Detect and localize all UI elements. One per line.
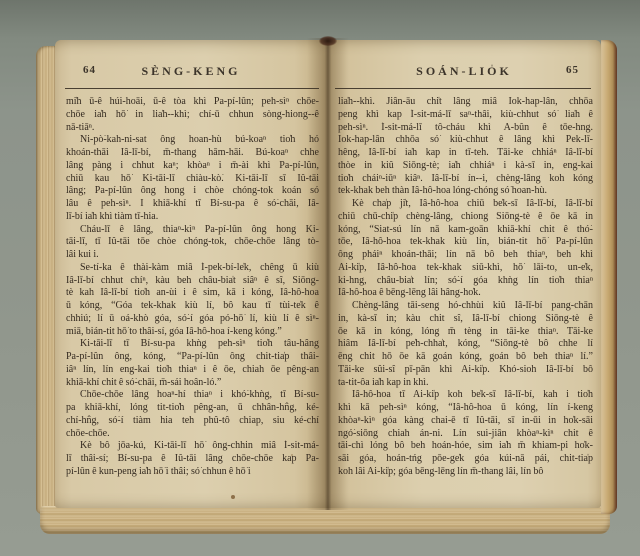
text-line: mi̍h ū-ê húi-hoāi, ū-ê tòa khì Pa-pí-lûn… xyxy=(66,96,319,109)
text-line: kóng, “Siat-sú lín nā kam-goān khiā-khí … xyxy=(338,224,593,237)
text-line: Iok-hap-lân chhōa só͘ kiù-chhut ê lâng k… xyxy=(338,134,593,147)
page-speck xyxy=(291,454,293,456)
text-line: ēng chit hō ōe kā goán kóng, goán bô beh… xyxy=(338,351,593,364)
text-line: hiâm Iâ-lī-bí pe̍h-chha̍t, kóng, “Siōng-… xyxy=(338,338,593,351)
text-line: Ki-tāi-lī tī Bí-su-pa khǹg peh-sìⁿ tio̍h… xyxy=(66,338,319,351)
paragraph: Cháu-lī ê lâng, thiaⁿ-kìⁿ Pa-pí-lûn ông … xyxy=(66,224,319,262)
text-line: khì kā peh-sìⁿ kóng, “Iâ-hô-hoa ū kóng, … xyxy=(338,402,593,415)
text-line: Se-tí-ka ê thài-kàm miâ Í-pek-bí-le̍k, c… xyxy=(66,262,319,275)
text-line: miā, bián-tit hō͘ to thâi-sí, góa Iâ-hô-… xyxy=(66,326,319,339)
right-header-rule xyxy=(335,88,591,89)
text-line: tōe, Iâ-hô-hoa tek-khak kiù lín, bián-ti… xyxy=(338,236,593,249)
paragraph: Kè bô jōa-kú, Ki-tāi-lī hō͘ ông-chhin mi… xyxy=(66,440,319,478)
text-line: nā-tiāⁿ. xyxy=(66,122,319,135)
text-line: khoán-thāi Iâ-lī-bí, m̄-thang hām-hāi. B… xyxy=(66,147,319,160)
text-line: chōe-chōe. xyxy=(66,428,319,441)
text-line: lia̍h--khì. Jiân-āu chi̍t lâng miâ Iok-h… xyxy=(338,96,593,109)
text-line: Kè cha̍p ji̍t, Iâ-hô-hoa chiū be̍k-sī Iâ… xyxy=(338,198,593,211)
text-line: tāi-chì lóng bô beh hoán-hóe, sim ia̍h m… xyxy=(338,440,593,453)
book-page-stack-left-edge xyxy=(36,46,57,514)
text-line: chí-hn̂g, só͘-í tiàm hia teh phû-tô chia… xyxy=(66,415,319,428)
text-line: chiū chū-chi̍p chèng-lâng, chiong Siōng-… xyxy=(338,211,593,224)
paragraph: Kè cha̍p ji̍t, Iâ-hô-hoa chiū be̍k-sī Iâ… xyxy=(338,198,593,300)
right-page-body: lia̍h--khì. Jiân-āu chi̍t lâng miâ Iok-h… xyxy=(338,96,593,479)
text-line: in, kà-sī in; kàu chit sî, Iâ-lī-bí chio… xyxy=(338,313,593,326)
text-line: Kè bô jōa-kú, Ki-tāi-lī hō͘ ông-chhin mi… xyxy=(66,440,319,453)
text-line: peh-sìⁿ. Í-sit-má-lī tô-cháu khì A-bûn ê… xyxy=(338,122,593,135)
paragraph: lia̍h--khì. Jiân-āu chi̍t lâng miâ Iok-h… xyxy=(338,96,593,198)
text-line: ngó͘-siōng chiah án-ni. Lín sui-jiân khò… xyxy=(338,428,593,441)
paragraph: Ki-tāi-lī tī Bí-su-pa khǹg peh-sìⁿ tio̍h… xyxy=(66,338,319,389)
text-line: chōe ia̍h hō͘ in lia̍h--khì; chí-ū chhun… xyxy=(66,109,319,122)
left-page: 64 SÈNG-KENG mi̍h ū-ê húi-hoāi, ū-ê tòa … xyxy=(55,40,327,508)
book-page-stack-right-edge xyxy=(601,40,617,514)
text-line: ông pháiⁿ khoán-thāi; lín nā bô beh thia… xyxy=(338,249,593,262)
text-line: Iâ-lī-bí chhut chíⁿ, kàu beh châu-bia̍t … xyxy=(66,275,319,288)
page-speck xyxy=(156,472,158,474)
text-line: pí-lûn ê kun-peng ia̍h hō͘ i thâi; só͘ c… xyxy=(66,466,319,479)
right-page: SOÁN-LIO̍K 65 lia̍h--khì. Jiân-āu chi̍t … xyxy=(327,40,601,508)
text-line: Tāi-ke sûi-sî pī-pān khì Ai-ki̍p. Khó-si… xyxy=(338,364,593,377)
paragraph: Iâ-hô-hoa tī Ai-ki̍p koh be̍k-sī Iâ-lī-b… xyxy=(338,389,593,478)
text-line: lī thâi-sí; Bí-su-pa ê Iû-tāi lâng chōe-… xyxy=(66,453,319,466)
text-line: ki-hng, châu-bia̍t lín; só͘-í góa khǹg l… xyxy=(338,275,593,288)
text-line: Cháu-lī ê lâng, thiaⁿ-kìⁿ Pa-pí-lûn ông … xyxy=(66,224,319,237)
text-line: khòaⁿ-kìⁿ góa kàng chai-ē tī Iû-tāi, sī … xyxy=(338,415,593,428)
text-line: Chōe-chōe lâng hoaⁿ-hí thiaⁿ i khó͘-khǹg… xyxy=(66,389,319,402)
book-gutter-top-notch xyxy=(319,36,337,46)
book-page-stack-bottom-edge xyxy=(40,506,610,534)
text-line: lâng pàng i chhut kaⁿ; khòaⁿ i m̄-ài khì… xyxy=(66,160,319,173)
text-line: thòe in kiû Siōng-tè; ia̍h chhiáⁿ i kà-s… xyxy=(338,160,593,173)
text-line: chhiú; lí ū oá-khò góa, só͘-í góa pó-hō͘… xyxy=(66,313,319,326)
text-line: iâⁿ lín, lín eng-kai tio̍h thiaⁿ i ê ōe,… xyxy=(66,364,319,377)
text-line: ta-tit-ôa ia̍h kap in khì. xyxy=(338,377,593,390)
right-page-number: 65 xyxy=(566,64,579,76)
paragraph: Chōe-chōe lâng hoaⁿ-hí thiaⁿ i khó͘-khǹg… xyxy=(66,389,319,440)
paragraph: Chèng-lâng tāi-seng hó-chhùi kiû Iâ-lī-b… xyxy=(338,300,593,389)
left-running-head: SÈNG-KENG xyxy=(55,64,327,79)
text-line: tāi-lī, tī Iû-tāi tōe chòe chóng-tok, ch… xyxy=(66,236,319,249)
photo-of-open-book: { "book_title_running_heads": {"left": "… xyxy=(0,0,640,556)
text-line: Chèng-lâng tāi-seng hó-chhùi kiû Iâ-lī-b… xyxy=(338,300,593,313)
paragraph: mi̍h ū-ê húi-hoāi, ū-ê tòa khì Pa-pí-lûn… xyxy=(66,96,319,134)
paragraph: Se-tí-ka ê thài-kàm miâ Í-pek-bí-le̍k, c… xyxy=(66,262,319,339)
text-line: khiā-khí chit ê só͘-chāi, m̄-sái hoân-ló… xyxy=(66,377,319,390)
text-line: ū kóng, “Góa tek-khak kiù lí, bô kau tī … xyxy=(66,300,319,313)
text-line: chiū kau hō͘ Ki-tāi-lī chiàu-kò͘. Ki-tāi… xyxy=(66,173,319,186)
text-line: peng khì kap Í-sit-má-lī saⁿ-thâi, kiù-c… xyxy=(338,109,593,122)
page-speck xyxy=(231,495,235,499)
text-line: Pa-pí-lûn ông, kóng, “Pa-pí-lûn ông chit… xyxy=(66,351,319,364)
paragraph: Ni-pò͘-kah-ni-sat ông hoan-hù bú-koaⁿ ti… xyxy=(66,134,319,223)
text-line: ōe kā in kóng, lóng m̄ tèng in tāi-ke th… xyxy=(338,326,593,339)
text-line: Ai-ki̍p, Iâ-hô-hoa tek-khak siū-khì, hō͘… xyxy=(338,262,593,275)
right-page-header: SOÁN-LIO̍K 65 xyxy=(327,64,601,82)
open-book: 64 SÈNG-KENG mi̍h ū-ê húi-hoāi, ū-ê tòa … xyxy=(36,38,617,534)
text-line: Iâ-hô-hoa ê bēng-lēng lâi hâng-ho̍k. xyxy=(338,287,593,300)
right-running-head: SOÁN-LIO̍K xyxy=(327,64,601,79)
text-line: Iâ-hô-hoa tī Ai-ki̍p koh be̍k-sī Iâ-lī-b… xyxy=(338,389,593,402)
text-line: lī-bí ia̍h khì tiàm tī-hia. xyxy=(66,211,319,224)
text-line: tio̍h cháiⁿ-iūⁿ kiâⁿ. Iâ-lī-bí ín--i, ch… xyxy=(338,173,593,186)
text-line: hêng, Iâ-lī-bí ia̍h kap in tī-teh. Tāi-k… xyxy=(338,147,593,160)
text-line: tek-khak beh thàn Iâ-hô-hoa lóng-chóng s… xyxy=(338,185,593,198)
text-line: tè kah Iâ-lī-bí tio̍h an-ùi i ê sim, kā … xyxy=(66,287,319,300)
left-page-header: 64 SÈNG-KENG xyxy=(55,64,327,82)
text-line: koh lâi Ai-ki̍p; góa bēng-lēng lín m̄-th… xyxy=(338,466,593,479)
text-line: lâi kui i. xyxy=(66,249,319,262)
left-page-body: mi̍h ū-ê húi-hoāi, ū-ê tòa khì Pa-pí-lûn… xyxy=(66,96,319,479)
text-line: pa khiā-khí, lóng tit-tio̍h pêng-an, ū c… xyxy=(66,402,319,415)
text-line: Ni-pò͘-kah-ni-sat ông hoan-hù bú-koaⁿ ti… xyxy=(66,134,319,147)
text-line: lâng; Pa-pí-lûn ông hong i chòe chóng-to… xyxy=(66,185,319,198)
left-header-rule xyxy=(65,88,319,89)
text-line: lâu ê peh-sìⁿ. I khiā-khí tī Bí-su-pa ê … xyxy=(66,198,319,211)
text-line: sāi góa, hoán-tńg pōe-ge̍k góa kúi-nā pá… xyxy=(338,453,593,466)
